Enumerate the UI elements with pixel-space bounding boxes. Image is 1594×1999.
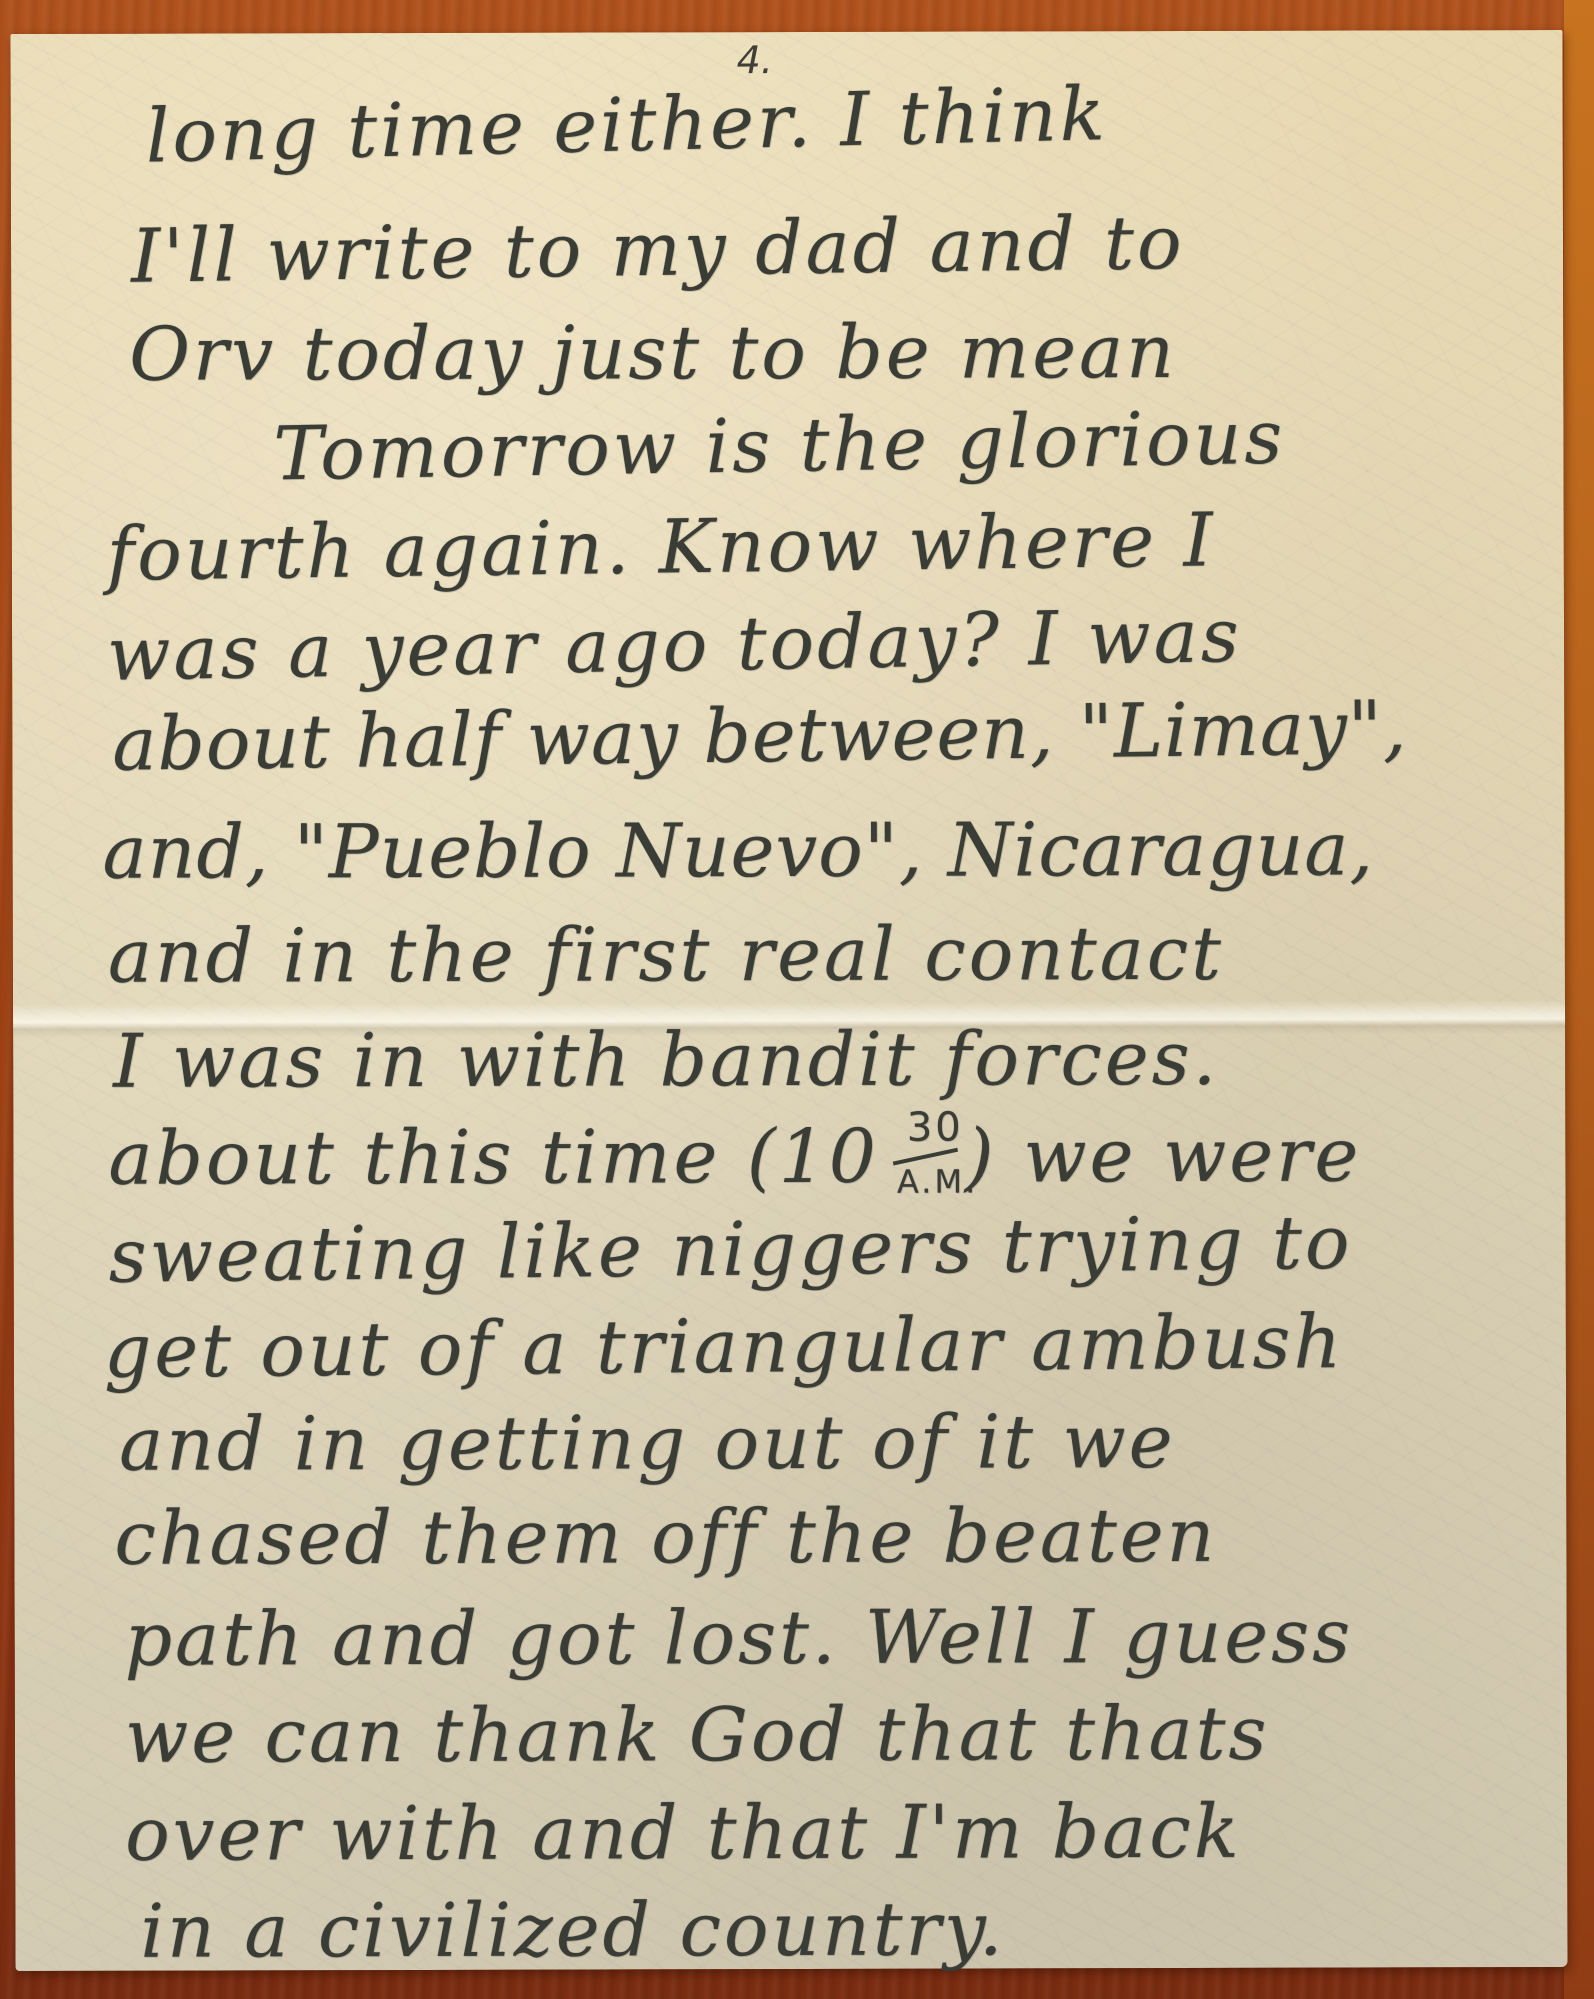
letter-line-11-text: about this time (10 xyxy=(108,1114,879,1202)
time-meridiem: A.M. xyxy=(897,1162,978,1200)
time-minutes: 30 xyxy=(907,1104,964,1150)
letter-line-4: Tomorrow is the glorious xyxy=(273,395,1286,498)
letter-page: 4. long time either. I think I'll write … xyxy=(10,30,1567,1971)
letter-line-5: fourth again. Know where I xyxy=(106,497,1216,598)
letter-line-15: chased them off the beaten xyxy=(114,1493,1217,1582)
letter-line-10: I was in with bandit forces. xyxy=(113,1016,1219,1105)
letter-line-11: about this time (1030A.M.) we were xyxy=(108,1113,1361,1202)
letter-line-1: long time either. I think xyxy=(145,71,1109,180)
letter-line-3: Orv today just to be mean xyxy=(129,309,1177,398)
letter-line-7: about half way between, "Limay", xyxy=(112,685,1408,788)
page-number: 4. xyxy=(736,38,772,82)
time-fraction: 30A.M. xyxy=(879,1132,965,1192)
letter-line-2: I'll write to my dad and to xyxy=(130,200,1185,300)
letter-line-14: and in getting out of it we xyxy=(119,1399,1176,1488)
letter-line-18: over with and that I'm back xyxy=(125,1789,1242,1878)
letter-line-6: was a year ago today? I was xyxy=(106,593,1242,698)
letter-line-8: and, "Pueblo Nuevo", Nicaragua, xyxy=(102,806,1374,895)
letter-line-16: path and got lost. Well I guess xyxy=(125,1594,1354,1683)
letter-line-12: sweating like niggers trying to xyxy=(108,1200,1353,1300)
letter-line-17: we can thank God that thats xyxy=(125,1691,1270,1780)
letter-line-9: and in the first real contact xyxy=(108,911,1224,1000)
wood-table-background xyxy=(1564,0,1594,1999)
letter-line-11-end: we were xyxy=(1023,1113,1361,1200)
letter-line-13: get out of a triangular ambush xyxy=(104,1299,1345,1395)
letter-line-19: in a civilized country. xyxy=(140,1886,1005,1974)
